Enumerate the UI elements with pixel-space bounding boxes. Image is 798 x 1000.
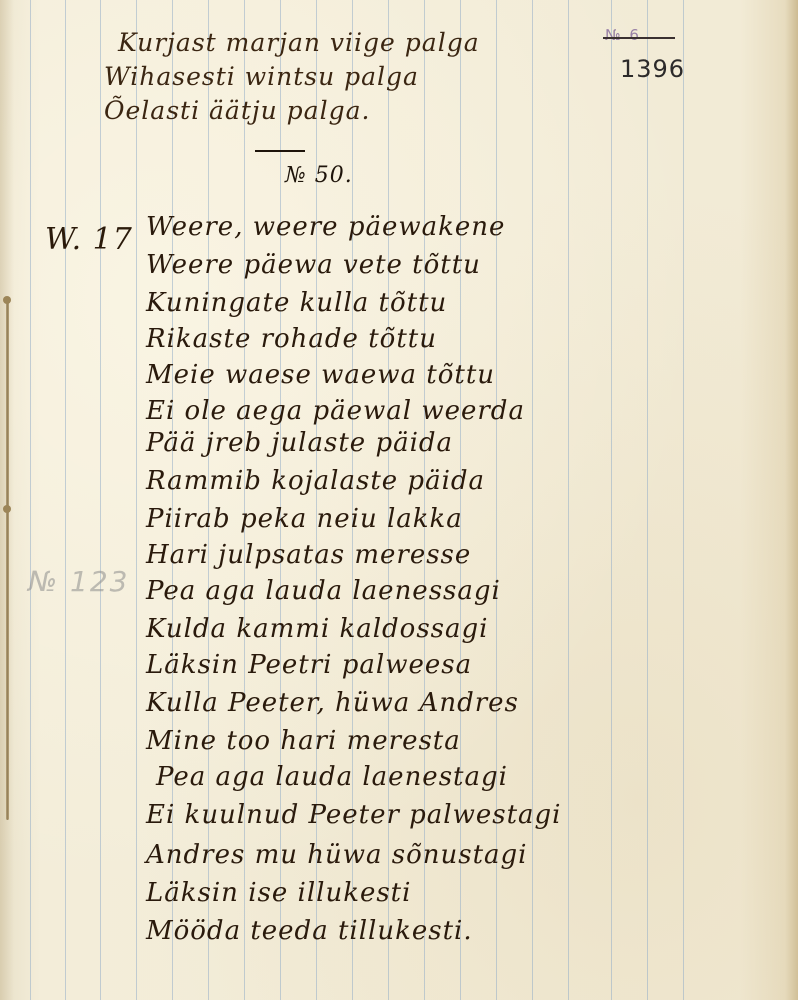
intro-line: Õelasti äätju palga. [104, 96, 370, 125]
song-line: Weere, weere päewakene [146, 212, 505, 242]
song-line: Andres mu hüwa sõnustagi [146, 840, 528, 870]
ruling-line [65, 0, 66, 1000]
song-line: Kulda kammi kaldossagi [146, 614, 488, 644]
margin-note: W. 17 [45, 222, 133, 257]
catalog-number: 1396 [620, 55, 685, 83]
intro-line: Kurjast marjan viige palga [118, 28, 480, 57]
song-line: Kulla Peeter, hüwa Andres [146, 688, 519, 718]
ruling-line [647, 0, 648, 1000]
song-line: Pea aga lauda laenessagi [146, 576, 501, 606]
song-line: Rammib kojalaste päida [146, 466, 485, 496]
song-number: № 50. [285, 163, 353, 188]
manuscript-page: № 6 1396 Kurjast marjan viige palga Wiha… [0, 0, 798, 1000]
binding-knot-middle [3, 505, 11, 513]
section-divider [255, 150, 305, 152]
song-line: Meie waese waewa tõttu [146, 360, 495, 390]
ruling-line [100, 0, 101, 1000]
song-line: Kuningate kulla tõttu [146, 288, 447, 318]
strikethrough-line [603, 37, 675, 39]
song-line: Pea aga lauda laenestagi [156, 762, 508, 792]
ruling-line [611, 0, 612, 1000]
song-line: Rikaste rohade tõttu [146, 324, 437, 354]
song-line: Ei kuulnud Peeter palwestagi [146, 800, 562, 830]
binding-knot-top [3, 296, 11, 304]
ruling-line [683, 0, 684, 1000]
song-line: Mine too hari meresta [146, 726, 461, 756]
song-line: Piirab peka neiu lakka [146, 504, 463, 534]
song-line: Ei ole aega päewal weerda [146, 396, 525, 426]
song-line: Hari julpsatas meresse [146, 540, 471, 570]
binding-thread [6, 300, 9, 820]
struck-catalog-number: № 6 [605, 26, 641, 44]
ruling-line [30, 0, 31, 1000]
song-line: Mööda teeda tillukesti. [146, 916, 473, 946]
song-line: Pää jreb julaste päida [146, 428, 453, 458]
pencil-note: № 123 [28, 565, 129, 598]
ruling-line [532, 0, 533, 1000]
song-line: Läksin ise illukesti [146, 878, 411, 908]
ruling-line [136, 0, 137, 1000]
song-line: Läksin Peetri palweesa [146, 650, 472, 680]
intro-line: Wihasesti wintsu palga [104, 62, 419, 91]
ruling-line [568, 0, 569, 1000]
song-line: Weere päewa vete tõttu [146, 250, 481, 280]
